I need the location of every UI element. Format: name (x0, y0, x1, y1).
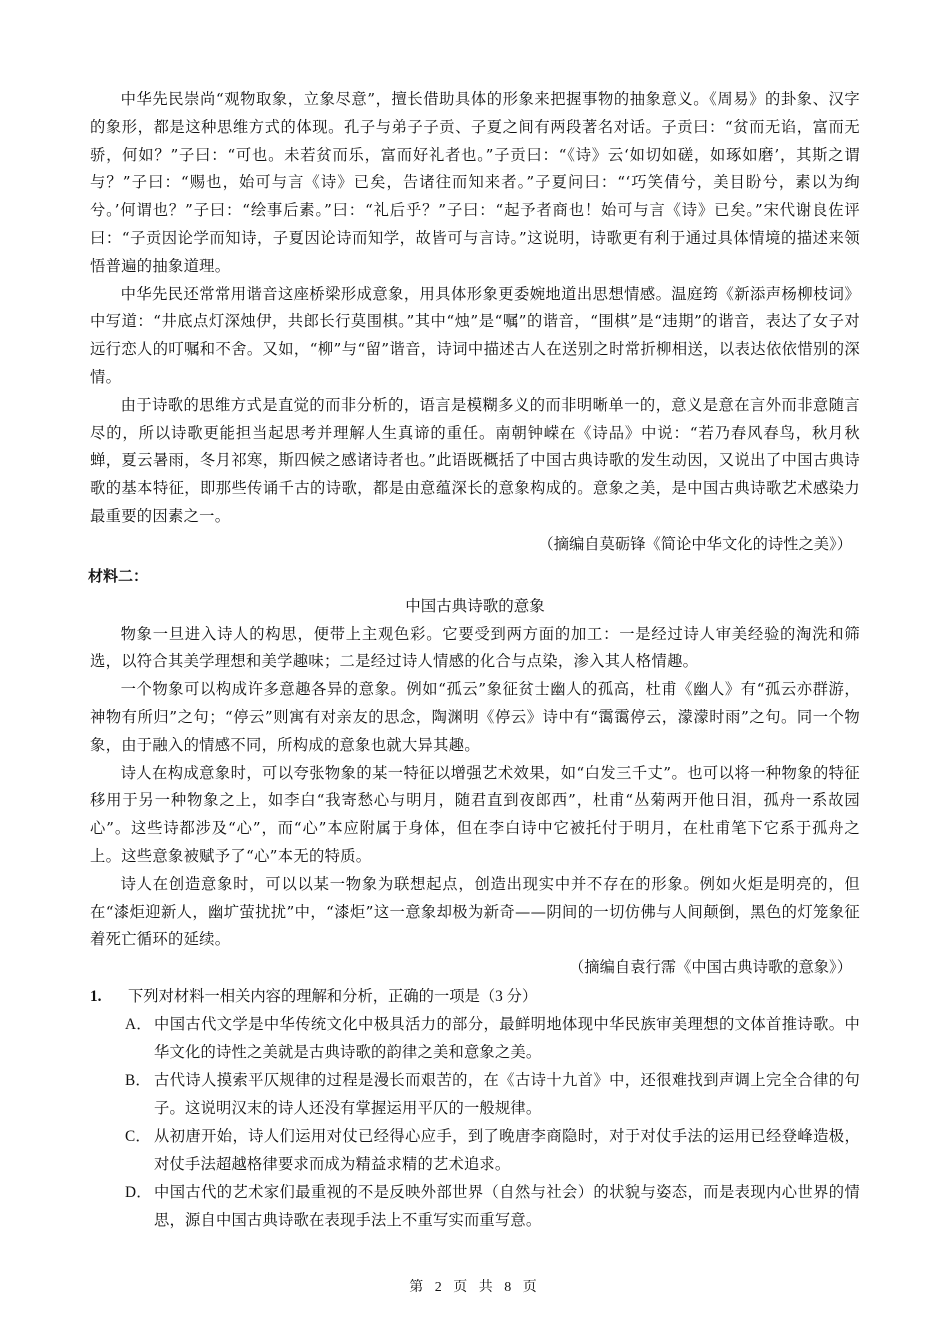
option-d-text: 中国古代的艺术家们最重视的不是反映外部世界（自然与社会）的状貌与姿态，而是表现内… (154, 1184, 860, 1229)
material-two-paragraph-4: 诗人在创造意象时，可以以某一物象为联想起点，创造出现实中并不存在的形象。例如火炬… (90, 871, 860, 954)
material-two: 材料二： 中国古典诗歌的意象 物象一旦进入诗人的构思，便带上主观色彩。它要受到两… (90, 563, 860, 982)
material-two-paragraph-1: 物象一旦进入诗人的构思，便带上主观色彩。它要受到两方面的加工：一是经过诗人审美经… (90, 621, 860, 677)
material-two-label: 材料二： (88, 563, 860, 591)
option-d-key: D． (125, 1179, 152, 1207)
option-a-text: 中国古代文学是中华传统文化中极具活力的部分，最鲜明地体现中华民族审美理想的文体首… (154, 1016, 860, 1061)
option-b-key: B． (125, 1067, 151, 1095)
material-one: 中华先民崇尚“观物取象，立象尽意”，擅长借助具体的形象来把握事物的抽象意义。《周… (90, 86, 860, 559)
option-a: A． 中国古代文学是中华传统文化中极具活力的部分，最鲜明地体现中华民族审美理想的… (90, 1011, 860, 1067)
material-two-source: （摘编自袁行霈《中国古典诗歌的意象》） (90, 954, 860, 982)
page-footer: 第 2 页 共 8 页 (0, 1276, 950, 1296)
material-one-paragraph-2: 中华先民还常常用谐音这座桥梁形成意象，用具体形象更委婉地道出思想情感。温庭筠《新… (90, 281, 860, 392)
material-two-paragraph-3: 诗人在构成意象时，可以夸张物象的某一特征以增强艺术效果，如“白发三千丈”。也可以… (90, 760, 860, 871)
question-number: 1. (90, 983, 101, 1011)
material-one-source: （摘编自莫砺锋《简论中华文化的诗性之美》） (90, 531, 860, 559)
page-number: 第 2 页 共 8 页 (409, 1280, 541, 1295)
option-a-key: A． (125, 1011, 152, 1039)
material-one-paragraph-1: 中华先民崇尚“观物取象，立象尽意”，擅长借助具体的形象来把握事物的抽象意义。《周… (90, 86, 860, 281)
document-page: 中华先民崇尚“观物取象，立象尽意”，擅长借助具体的形象来把握事物的抽象意义。《周… (90, 86, 860, 1235)
material-two-paragraph-2: 一个物象可以构成许多意趣各异的意象。例如“孤云”象征贫士幽人的孤高，杜甫《幽人》… (90, 676, 860, 759)
option-d: D． 中国古代的艺术家们最重视的不是反映外部世界（自然与社会）的状貌与姿态，而是… (90, 1179, 860, 1235)
option-c-text: 从初唐开始，诗人们运用对仗已经得心应手，到了晚唐李商隐时，对于对仗手法的运用已经… (154, 1128, 860, 1173)
option-b: B． 古代诗人摸索平仄规律的过程是漫长而艰苦的，在《古诗十九首》中，还很难找到声… (90, 1067, 860, 1123)
option-c-key: C． (125, 1123, 151, 1151)
material-two-title: 中国古典诗歌的意象 (90, 593, 860, 621)
option-c: C． 从初唐开始，诗人们运用对仗已经得心应手，到了晚唐李商隐时，对于对仗手法的运… (90, 1123, 860, 1179)
question-text: 下列对材料一相关内容的理解和分析，正确的一项是（3 分） (90, 983, 860, 1011)
question-stem: 1. 下列对材料一相关内容的理解和分析，正确的一项是（3 分） (90, 983, 860, 1011)
option-b-text: 古代诗人摸索平仄规律的过程是漫长而艰苦的，在《古诗十九首》中，还很难找到声调上完… (154, 1072, 860, 1117)
material-one-paragraph-3: 由于诗歌的思维方式是直觉的而非分析的，语言是模糊多义的而非明晰单一的，意义是意在… (90, 392, 860, 531)
question-1: 1. 下列对材料一相关内容的理解和分析，正确的一项是（3 分） A． 中国古代文… (90, 983, 860, 1235)
